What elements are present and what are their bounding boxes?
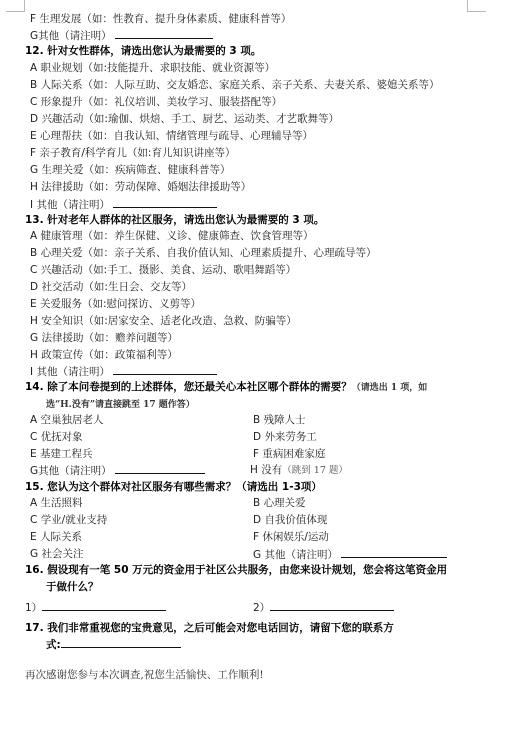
- q14-title-continued: 选“H.没有”请直接跳至 17 题作答）: [46, 397, 195, 412]
- option-letter: F: [253, 448, 259, 460]
- option-letter: A: [30, 497, 37, 509]
- q11-option-f[interactable]: F 生理发展（如：性教育、提升身体素质、健康科普等）: [30, 12, 291, 26]
- q14-note: （请选出 1 项，如: [352, 383, 428, 393]
- q12-option-b[interactable]: B 人际关系（如：人际互助、交友婚恋、家庭关系、亲子关系、夫妻关系、婆媳关系等）: [30, 78, 440, 92]
- option-letter: D: [30, 281, 38, 293]
- option-text: 健康管理（如：养生保健、义诊、健康筛查、饮食管理等）: [41, 230, 314, 242]
- option-letter: F: [30, 147, 36, 159]
- option-note: （跳到 17 题）: [282, 465, 348, 476]
- option-text: 亲子教育/科学育儿（如:育儿知识讲座等）: [39, 147, 235, 159]
- option-letter: B: [253, 414, 260, 426]
- q14-option-c[interactable]: C 优抚对象: [30, 430, 83, 444]
- option-letter: A: [30, 62, 37, 74]
- option-letter: C: [30, 96, 37, 108]
- q15-option-a[interactable]: A 生活照料: [30, 496, 83, 510]
- option-text: 其他（请注明）: [264, 549, 338, 561]
- option-text: 没有: [261, 464, 282, 476]
- q15-title: 15. 您认为这个群体对社区服务有哪些需求？（请选出 1-3项）: [25, 480, 322, 494]
- q15-option-c[interactable]: C 学业/就业支持: [30, 513, 107, 527]
- option-letter: A: [30, 230, 37, 242]
- option-text: 自我价值体现: [264, 514, 327, 526]
- option-text: 其他（请注明）: [36, 366, 110, 378]
- q13-other-blank[interactable]: [113, 364, 217, 375]
- q12-other-blank[interactable]: [113, 197, 217, 208]
- option-text: 残障人士: [264, 414, 306, 426]
- option-text: 关爱服务（如:慰问探访、义剪等）: [40, 298, 201, 310]
- q14-option-d[interactable]: D 外来劳务工: [253, 430, 317, 444]
- option-text: 兴趣活动（如:手工、摄影、美食、运动、歌唱舞蹈等）: [41, 264, 297, 276]
- option-text: 政策宣传（如：政策福利等）: [41, 349, 178, 361]
- option-letter: G: [253, 549, 261, 561]
- answer-label: 2）: [253, 602, 270, 614]
- option-letter: I: [30, 366, 33, 378]
- option-text: 外来劳务工: [264, 431, 317, 443]
- q12-option-g[interactable]: G 生理关爱（如：疾病筛查、健康科普等）: [30, 163, 230, 177]
- option-text: 心理关爱: [264, 497, 306, 509]
- option-letter: D: [253, 431, 261, 443]
- q13-option-h-safety[interactable]: H 安全知识（如:居家安全、适老化改造、急救、防骗等）: [30, 314, 297, 328]
- q15-other-blank[interactable]: [341, 547, 447, 558]
- option-letter: H: [30, 349, 38, 361]
- option-text: 兴趣活动（如:瑜伽、烘焙、手工、厨艺、运动类、才艺歌舞等）: [41, 113, 339, 125]
- q16-answer-1-blank[interactable]: [42, 600, 166, 611]
- option-text: 人际关系: [40, 531, 82, 543]
- q11-other-blank[interactable]: [115, 28, 213, 39]
- option-text: 基建工程兵: [40, 448, 93, 460]
- option-text: 形象提升（如：礼仪培训、美妆学习、服装搭配等）: [41, 96, 283, 108]
- option-letter: B: [253, 497, 260, 509]
- option-text: 法律援助（如：劳动保障、婚姻法律援助等）: [41, 181, 251, 193]
- q14-title-text: 14. 除了本问卷提到的上述群体，您还最关心本社区哪个群体的需要？: [25, 381, 352, 393]
- q12-option-i[interactable]: I 其他（请注明）: [30, 197, 217, 212]
- option-letter: G: [30, 465, 38, 477]
- q14-option-g[interactable]: G其他（请注明）: [30, 463, 205, 478]
- option-text: 人际关系（如：人际互助、交友婚恋、家庭关系、亲子关系、夫妻关系、婆媳关系等）: [41, 79, 440, 91]
- q16-title: 16. 假设现有一笔 50 万元的资金用于社区公共服务，由您来设计规划，您会将这…: [25, 563, 447, 577]
- option-letter: C: [30, 431, 37, 443]
- option-text: 其他（请注明）: [38, 30, 112, 42]
- q16-title-continued: 于做什么？: [46, 580, 99, 594]
- option-letter: G: [30, 332, 38, 344]
- option-letter: F: [253, 531, 259, 543]
- q14-option-e[interactable]: E 基建工程兵: [30, 447, 92, 461]
- q15-option-b[interactable]: B 心理关爱: [253, 496, 306, 510]
- option-text: 社交活动（如:生日会、交友等）: [41, 281, 192, 293]
- q15-option-g-social[interactable]: G 社会关注: [30, 547, 83, 561]
- q15-option-f[interactable]: F 休闲娱乐/运动: [253, 530, 329, 544]
- option-letter: D: [253, 514, 261, 526]
- q14-option-h[interactable]: H 没有（跳到 17 题）: [250, 463, 348, 478]
- q15-option-g-other[interactable]: G 其他（请注明）: [253, 547, 447, 562]
- q13-option-h-policy[interactable]: H 政策宣传（如：政策福利等）: [30, 348, 178, 362]
- option-text: 职业规划（如:技能提升、求职技能、就业资源等）: [41, 62, 276, 74]
- q13-option-e[interactable]: E 关爱服务（如:慰问探访、义剪等）: [30, 297, 201, 311]
- option-letter: H: [250, 464, 258, 476]
- option-text: 优抚对象: [41, 431, 83, 443]
- q14-other-blank[interactable]: [115, 463, 205, 474]
- option-letter: I: [30, 199, 33, 211]
- q14-option-a[interactable]: A 空巢独居老人: [30, 413, 104, 427]
- q14-option-b[interactable]: B 残障人士: [253, 413, 306, 427]
- q12-option-h[interactable]: H 法律援助（如：劳动保障、婚姻法律援助等）: [30, 180, 251, 194]
- option-letter: C: [30, 264, 37, 276]
- q13-option-a[interactable]: A 健康管理（如：养生保健、义诊、健康筛查、饮食管理等）: [30, 229, 314, 243]
- option-text: 学业/就业支持: [41, 514, 108, 526]
- q13-option-b[interactable]: B 心理关爱（如：亲子关系、自我价值认知、心理素质提升、心理疏导等）: [30, 246, 377, 260]
- q13-option-g[interactable]: G 法律援助（如：赡养问题等）: [30, 331, 178, 345]
- option-letter: E: [30, 130, 37, 142]
- page-corner-mark-right: [467, 0, 486, 12]
- option-letter: H: [30, 181, 38, 193]
- option-letter: B: [30, 79, 37, 91]
- q13-option-i[interactable]: I 其他（请注明）: [30, 364, 217, 379]
- q14-note-continued: 选“H.没有”请直接跳至 17 题作答）: [46, 400, 195, 410]
- option-text: 心理帮扶（如：自我认知、情绪管理与疏导、心理辅导等）: [40, 130, 313, 142]
- answer-label: 1）: [25, 602, 42, 614]
- q16-answer-1[interactable]: 1）: [25, 600, 166, 615]
- option-text: 其他（请注明）: [36, 199, 110, 211]
- option-letter: B: [30, 247, 37, 259]
- q15-option-e[interactable]: E 人际关系: [30, 530, 82, 544]
- option-letter: E: [30, 531, 37, 543]
- option-text: 法律援助（如：赡养问题等）: [41, 332, 178, 344]
- option-text: 生理关爱（如：疾病筛查、健康科普等）: [41, 164, 230, 176]
- option-letter: D: [30, 113, 38, 125]
- q13-title: 13. 针对老年人群体的社区服务，请选出您认为最需要的 3 项。: [25, 213, 324, 227]
- q14-option-f[interactable]: F 重病困难家庭: [253, 447, 325, 461]
- q11-option-g[interactable]: G其他（请注明）: [30, 28, 213, 43]
- option-text: 生理发展（如：性教育、提升身体素质、健康科普等）: [39, 13, 291, 25]
- option-letter: H: [30, 315, 38, 327]
- q17-title: 17. 我们非常重视您的宝贵意见，之后可能会对您电话回访，请留下您的联系方: [25, 621, 394, 635]
- option-letter: G: [30, 548, 38, 560]
- option-letter: F: [30, 13, 36, 25]
- page-corner-mark-left: [6, 0, 25, 12]
- option-letter: G: [30, 164, 38, 176]
- option-text: 空巢独居老人: [41, 414, 104, 426]
- q16-answer-2-blank[interactable]: [270, 600, 394, 611]
- option-letter: A: [30, 414, 37, 426]
- q15-option-d[interactable]: D 自我价值体现: [253, 513, 327, 527]
- option-letter: E: [30, 298, 37, 310]
- option-text: 其他（请注明）: [38, 465, 112, 477]
- q17-contact-blank[interactable]: [61, 637, 181, 648]
- option-text: 重病困难家庭: [262, 448, 325, 460]
- q14-title: 14. 除了本问卷提到的上述群体，您还最关心本社区哪个群体的需要？（请选出 1 …: [25, 380, 427, 395]
- option-letter: G: [30, 30, 38, 42]
- option-text: 安全知识（如:居家安全、适老化改造、急救、防骗等）: [41, 315, 297, 327]
- option-letter: E: [30, 448, 37, 460]
- option-text: 社会关注: [41, 548, 83, 560]
- q13-option-d[interactable]: D 社交活动（如:生日会、交友等）: [30, 280, 192, 294]
- option-text: 心理关爱（如：亲子关系、自我价值认知、心理素质提升、心理疏导等）: [41, 247, 377, 259]
- option-text: 生活照料: [41, 497, 83, 509]
- option-letter: C: [30, 514, 37, 526]
- q16-answer-2[interactable]: 2）: [253, 600, 394, 615]
- q12-option-e[interactable]: E 心理帮扶（如：自我认知、情绪管理与疏导、心理辅导等）: [30, 129, 313, 143]
- q12-option-d[interactable]: D 兴趣活动（如:瑜伽、烘焙、手工、厨艺、运动类、才艺歌舞等）: [30, 112, 339, 126]
- q13-option-c[interactable]: C 兴趣活动（如:手工、摄影、美食、运动、歌唱舞蹈等）: [30, 263, 296, 277]
- option-text: 休闲娱乐/运动: [262, 531, 329, 543]
- q17-title-continued: 式:: [46, 637, 181, 652]
- q12-title: 12. 针对女性群体，请选出您认为最需要的 3 项。: [25, 44, 261, 58]
- q17-contact-label: 式:: [46, 639, 61, 651]
- q12-option-a[interactable]: A 职业规划（如:技能提升、求职技能、就业资源等）: [30, 61, 275, 75]
- q12-option-f[interactable]: F 亲子教育/科学育儿（如:育儿知识讲座等）: [30, 146, 235, 160]
- closing-message: 再次感谢您参与本次调查,祝您生活愉快、工作顺利!: [25, 668, 264, 682]
- q12-option-c[interactable]: C 形象提升（如：礼仪培训、美妆学习、服装搭配等）: [30, 95, 282, 109]
